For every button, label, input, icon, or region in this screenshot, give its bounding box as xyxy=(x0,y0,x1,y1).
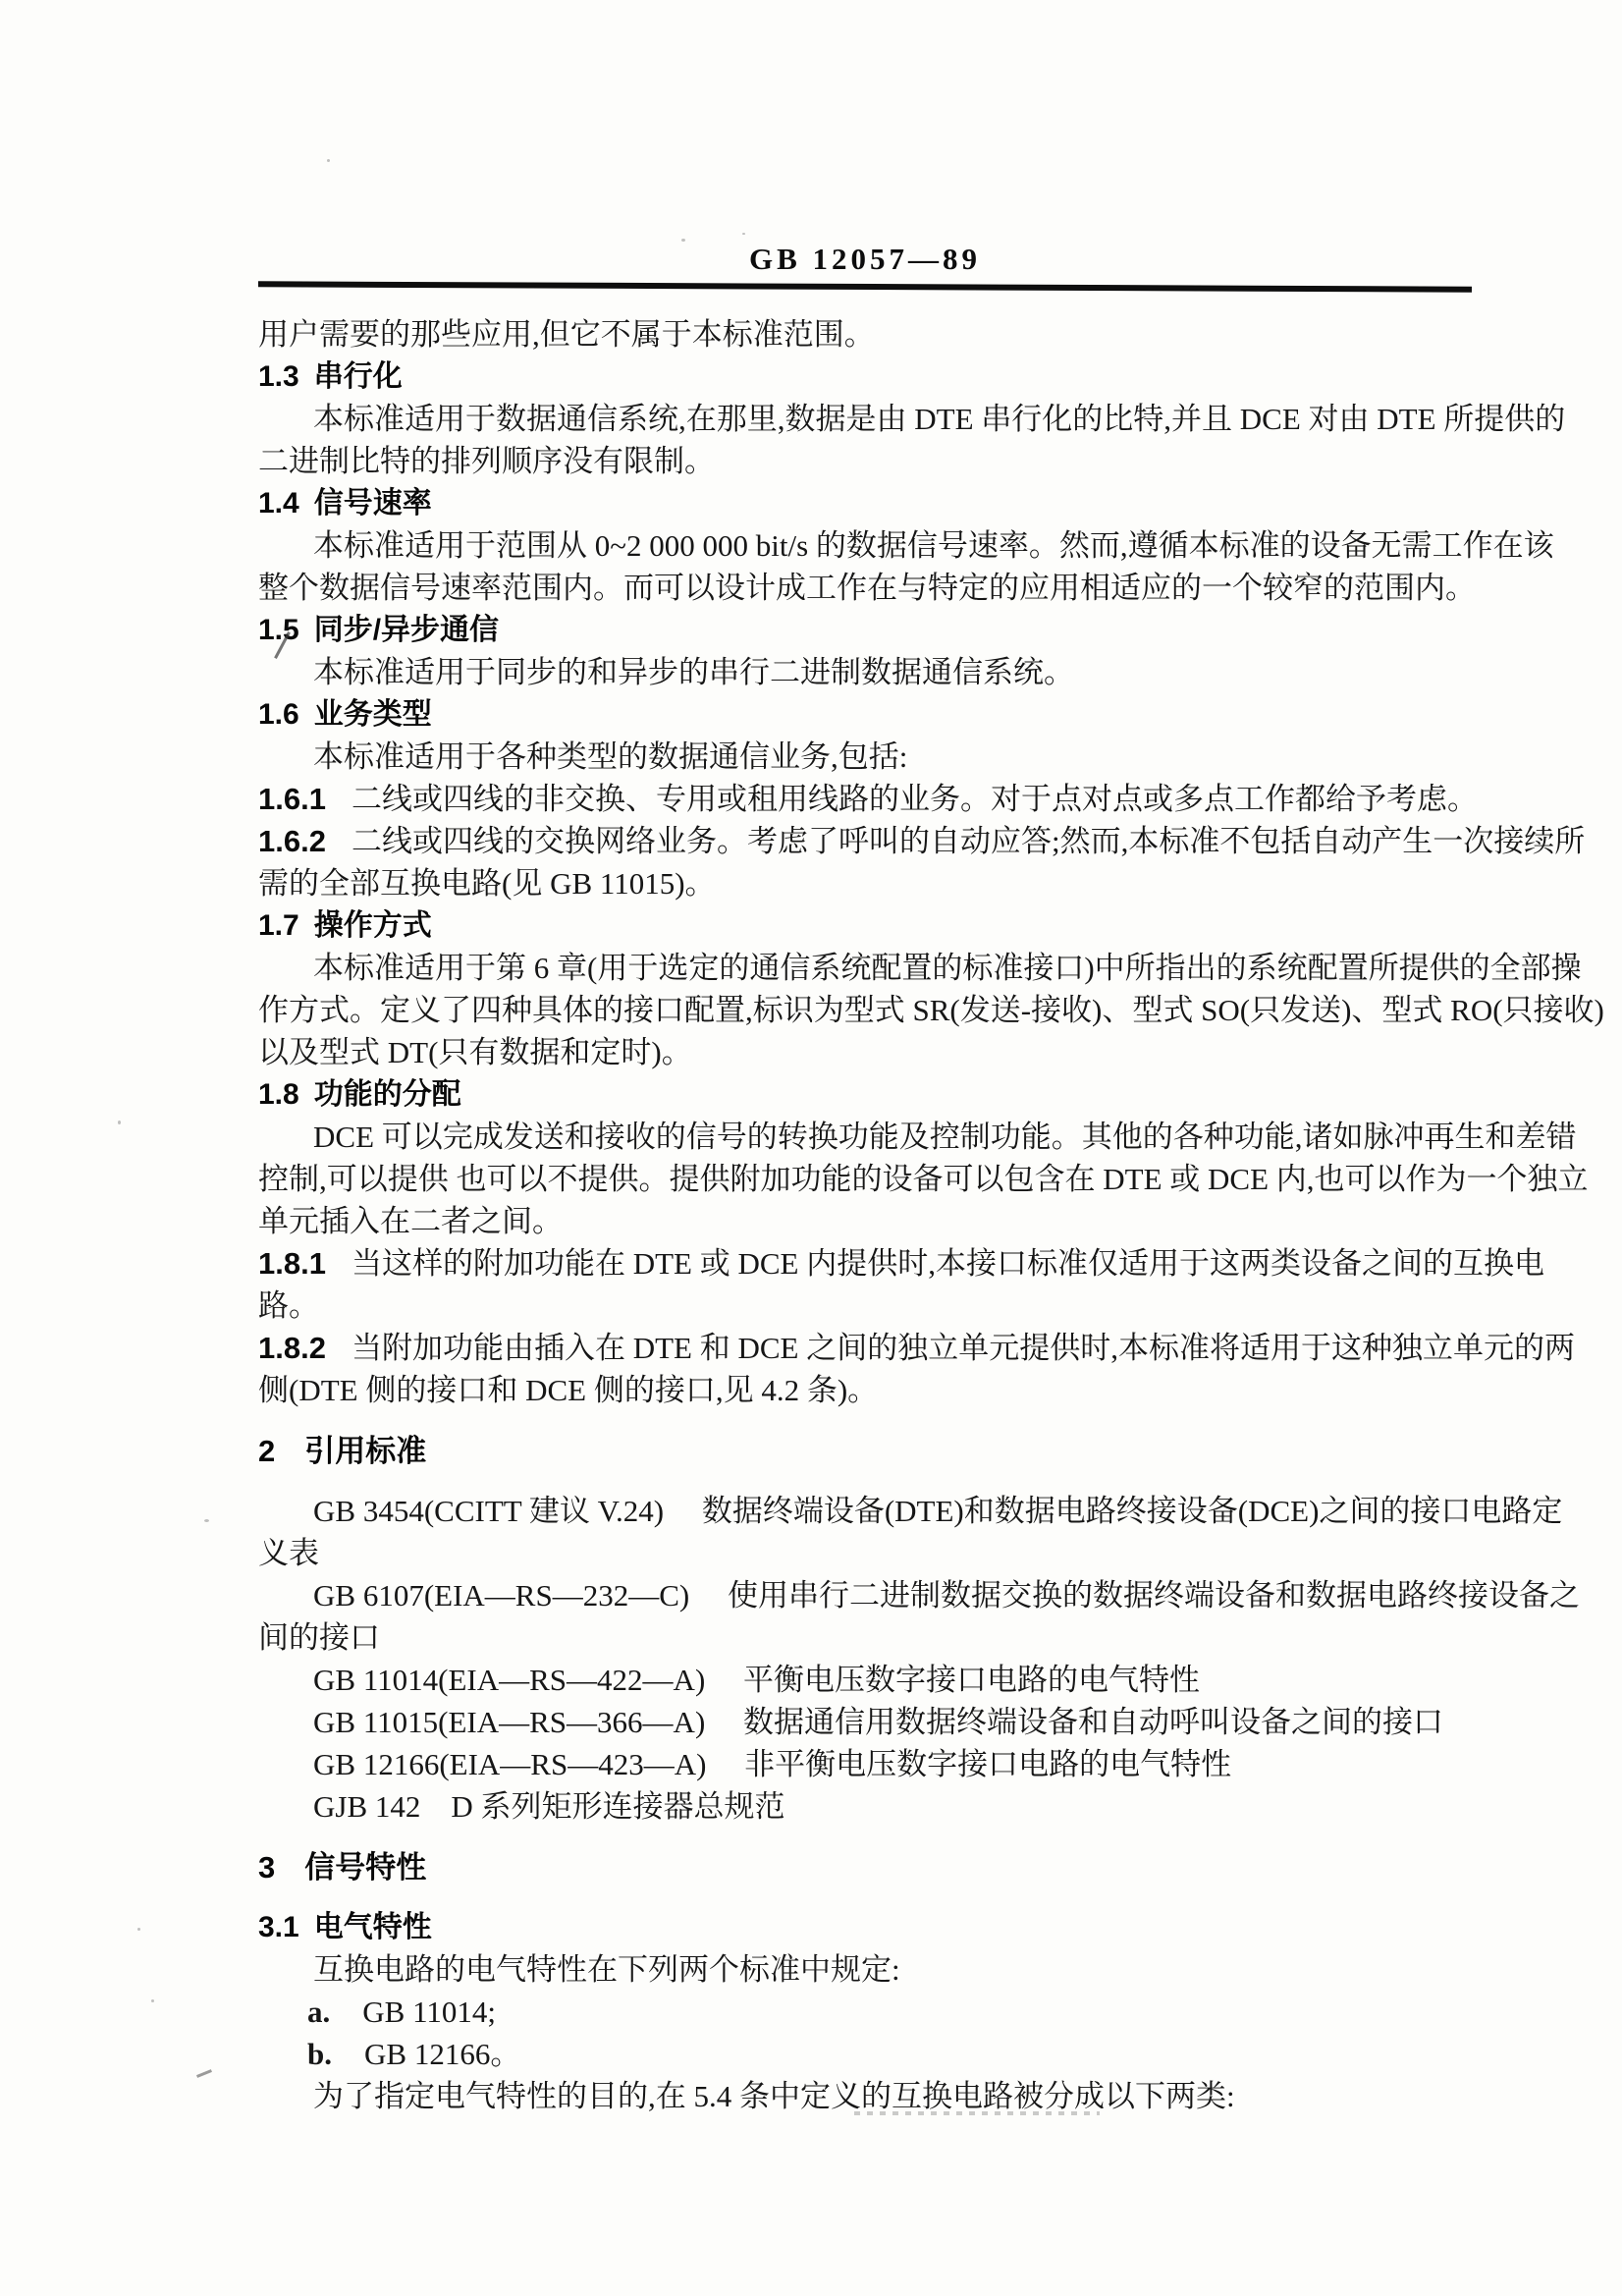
scan-speck xyxy=(151,1999,154,2002)
scan-speck xyxy=(118,1121,121,1124)
text-line: 二进制比特的排列顺序没有限制。 xyxy=(258,440,1472,482)
line-text: 以及型式 DT(只有数据和定时)。 xyxy=(258,1035,692,1069)
line-text: 二线或四线的非交换、专用或租用线路的业务。对于点对点或多点工作都给予考虑。 xyxy=(351,782,1478,816)
line-text: 本标准适用于同步的和异步的串行二进制数据通信系统。 xyxy=(313,655,1074,689)
line-text: 当附加功能由插入在 DTE 和 DCE 之间的独立单元提供时,本标准将适用于这种… xyxy=(351,1331,1575,1365)
clause-line: 1.6.2二线或四线的交换网络业务。考虑了呼叫的自动应答;然而,本标准不包括自动… xyxy=(258,820,1472,862)
item-number: 1.8.2 xyxy=(258,1331,326,1365)
line-text: GB 12166(EIA—RS—423—A) 非平衡电压数字接口电路的电气特性 xyxy=(313,1747,1231,1781)
text-line: 侧(DTE 侧的接口和 DCE 侧的接口,见 4.2 条)。 xyxy=(258,1369,1472,1411)
line-text: 义表 xyxy=(258,1536,319,1570)
reference-line: GJB 142 D 系列矩形连接器总规范 xyxy=(258,1785,1472,1828)
chapter-heading: 2引用标准 xyxy=(258,1430,1472,1472)
scanned-document-page: GB 12057—89 用户需要的那些应用,但它不属于本标准范围。1.3串行化本… xyxy=(0,0,1622,2296)
text-line: 以及型式 DT(只有数据和定时)。 xyxy=(258,1031,1472,1073)
line-text: GB 3454(CCITT 建议 V.24) 数据终端设备(DTE)和数据电路终… xyxy=(313,1494,1562,1528)
paragraph-line: 互换电路的电气特性在下列两个标准中规定: xyxy=(258,1948,1472,1991)
line-text: 互换电路的电气特性在下列两个标准中规定: xyxy=(313,1952,900,1987)
scan-speck xyxy=(327,159,330,162)
line-text: 本标准适用于第 6 章(用于选定的通信系统配置的标准接口)中所指出的系统配置所提… xyxy=(313,951,1582,985)
section-heading: 3.1电气特性 xyxy=(258,1906,1472,1948)
item-number: b. xyxy=(307,2037,332,2071)
reference-line: GB 12166(EIA—RS—423—A) 非平衡电压数字接口电路的电气特性 xyxy=(258,1743,1472,1785)
item-number: 1.6.1 xyxy=(258,782,326,816)
line-text: 为了指定电气特性的目的,在 5.4 条中定义的互换电路被分成以下两类: xyxy=(313,2079,1235,2113)
line-text: DCE 可以完成发送和接收的信号的转换功能及控制功能。其他的各种功能,诸如脉冲再… xyxy=(313,1120,1577,1154)
section-heading: 1.3串行化 xyxy=(258,355,1472,398)
text-line: 路。 xyxy=(258,1285,1472,1327)
line-text: 用户需要的那些应用,但它不属于本标准范围。 xyxy=(258,317,875,352)
line-text: GJB 142 D 系列矩形连接器总规范 xyxy=(313,1789,785,1824)
line-text: 本标准适用于数据通信系统,在那里,数据是由 DTE 串行化的比特,并且 DCE … xyxy=(313,402,1565,436)
text-line: 单元插入在二者之间。 xyxy=(258,1200,1472,1242)
text-line: 控制,可以提供 也可以不提供。提供附加功能的设备可以包含在 DTE 或 DCE … xyxy=(258,1158,1472,1200)
text-line: 义表 xyxy=(258,1532,1472,1574)
line-text: GB 11014(EIA—RS—422—A) 平衡电压数字接口电路的电气特性 xyxy=(313,1663,1200,1697)
scan-speck xyxy=(681,239,685,242)
paragraph-line: DCE 可以完成发送和接收的信号的转换功能及控制功能。其他的各种功能,诸如脉冲再… xyxy=(258,1116,1472,1158)
line-text: 二进制比特的排列顺序没有限制。 xyxy=(258,444,715,478)
line-text: GB 12166。 xyxy=(364,2037,520,2071)
scan-streak xyxy=(854,2111,1100,2115)
item-number: 1.6 xyxy=(258,698,299,731)
scan-speck xyxy=(204,1519,209,1522)
chapter-heading: 3信号特性 xyxy=(258,1846,1472,1888)
text-line: 用户需要的那些应用,但它不属于本标准范围。 xyxy=(258,313,1472,355)
line-text: 单元插入在二者之间。 xyxy=(258,1204,563,1238)
item-number: 1.8 xyxy=(258,1078,299,1111)
list-item-line: b.GB 12166。 xyxy=(258,2033,1472,2075)
line-text: 引用标准 xyxy=(304,1434,426,1468)
text-column: GB 12057—89 用户需要的那些应用,但它不属于本标准范围。1.3串行化本… xyxy=(258,0,1472,2117)
header-rule xyxy=(258,281,1472,292)
line-text: 本标准适用于各种类型的数据通信业务,包括: xyxy=(313,739,907,774)
item-number: 1.5 xyxy=(258,614,299,646)
text-line: 间的接口 xyxy=(258,1616,1472,1659)
line-text: 信号速率 xyxy=(314,487,432,519)
line-text: GB 11014; xyxy=(362,1995,496,2029)
reference-line: GB 3454(CCITT 建议 V.24) 数据终端设备(DTE)和数据电路终… xyxy=(258,1490,1472,1532)
paragraph-line: 本标准适用于各种类型的数据通信业务,包括: xyxy=(258,736,1472,778)
document-body: 用户需要的那些应用,但它不属于本标准范围。1.3串行化本标准适用于数据通信系统,… xyxy=(258,313,1472,2117)
item-number: 1.8.1 xyxy=(258,1246,326,1281)
item-number: 1.4 xyxy=(258,487,299,519)
section-heading: 1.4信号速率 xyxy=(258,482,1472,524)
line-text: 当这样的附加功能在 DTE 或 DCE 内提供时,本接口标准仅适用于这两类设备之… xyxy=(351,1246,1544,1281)
line-text: 路。 xyxy=(258,1288,319,1323)
clause-line: 1.8.2当附加功能由插入在 DTE 和 DCE 之间的独立单元提供时,本标准将… xyxy=(258,1327,1472,1369)
paragraph-line: 本标准适用于第 6 章(用于选定的通信系统配置的标准接口)中所指出的系统配置所提… xyxy=(258,947,1472,989)
line-text: GB 11015(EIA—RS—366—A) 数据通信用数据终端设备和自动呼叫设… xyxy=(313,1705,1443,1739)
item-number: 1.3 xyxy=(258,360,299,393)
list-item-line: a.GB 11014; xyxy=(258,1991,1472,2033)
scan-speck xyxy=(137,1928,140,1931)
section-heading: 1.5同步/异步通信 xyxy=(258,609,1472,651)
item-number: 1.7 xyxy=(258,909,299,942)
paragraph-line: 本标准适用于数据通信系统,在那里,数据是由 DTE 串行化的比特,并且 DCE … xyxy=(258,398,1472,440)
line-text: 需的全部互换电路(见 GB 11015)。 xyxy=(258,866,716,901)
line-text: 二线或四线的交换网络业务。考虑了呼叫的自动应答;然而,本标准不包括自动产生一次接… xyxy=(351,824,1585,858)
line-text: 信号特性 xyxy=(304,1850,426,1885)
item-number: 3.1 xyxy=(258,1911,299,1943)
item-number: 1.6.2 xyxy=(258,824,326,858)
clause-line: 1.6.1二线或四线的非交换、专用或租用线路的业务。对于点对点或多点工作都给予考… xyxy=(258,778,1472,820)
section-heading: 1.8功能的分配 xyxy=(258,1073,1472,1116)
text-line: 需的全部互换电路(见 GB 11015)。 xyxy=(258,862,1472,904)
line-text: 同步/异步通信 xyxy=(314,614,499,646)
item-number: 3 xyxy=(258,1850,275,1885)
scan-stroke xyxy=(196,2069,212,2078)
item-number: 2 xyxy=(258,1434,275,1468)
section-heading: 1.7操作方式 xyxy=(258,904,1472,947)
line-text: 串行化 xyxy=(314,360,403,393)
line-text: 电气特性 xyxy=(314,1911,432,1943)
line-text: 操作方式 xyxy=(314,909,432,942)
text-line: 作方式。定义了四种具体的接口配置,标识为型式 SR(发送-接收)、型式 SO(只… xyxy=(258,989,1472,1031)
clause-line: 1.8.1当这样的附加功能在 DTE 或 DCE 内提供时,本接口标准仅适用于这… xyxy=(258,1242,1472,1285)
reference-line: GB 11014(EIA—RS—422—A) 平衡电压数字接口电路的电气特性 xyxy=(258,1659,1472,1701)
reference-line: GB 11015(EIA—RS—366—A) 数据通信用数据终端设备和自动呼叫设… xyxy=(258,1701,1472,1743)
text-line: 整个数据信号速率范围内。而可以设计成工作在与特定的应用相适应的一个较窄的范围内。 xyxy=(258,567,1472,609)
standard-number: GB 12057—89 xyxy=(258,242,1472,277)
scan-speck xyxy=(742,233,745,235)
item-number: a. xyxy=(307,1995,330,2029)
line-text: 间的接口 xyxy=(258,1620,380,1655)
section-heading: 1.6业务类型 xyxy=(258,693,1472,736)
paragraph-line: 本标准适用于范围从 0~2 000 000 bit/s 的数据信号速率。然而,遵… xyxy=(258,524,1472,567)
line-text: 作方式。定义了四种具体的接口配置,标识为型式 SR(发送-接收)、型式 SO(只… xyxy=(258,993,1604,1027)
line-text: GB 6107(EIA—RS—232—C) 使用串行二进制数据交换的数据终端设备… xyxy=(313,1578,1580,1613)
paragraph-line: 本标准适用于同步的和异步的串行二进制数据通信系统。 xyxy=(258,651,1472,693)
line-text: 业务类型 xyxy=(314,698,432,731)
line-text: 功能的分配 xyxy=(314,1078,461,1111)
line-text: 整个数据信号速率范围内。而可以设计成工作在与特定的应用相适应的一个较窄的范围内。 xyxy=(258,571,1476,605)
line-text: 控制,可以提供 也可以不提供。提供附加功能的设备可以包含在 DTE 或 DCE … xyxy=(258,1162,1589,1196)
reference-line: GB 6107(EIA—RS—232—C) 使用串行二进制数据交换的数据终端设备… xyxy=(258,1574,1472,1616)
line-text: 侧(DTE 侧的接口和 DCE 侧的接口,见 4.2 条)。 xyxy=(258,1373,878,1407)
line-text: 本标准适用于范围从 0~2 000 000 bit/s 的数据信号速率。然而,遵… xyxy=(313,528,1554,563)
